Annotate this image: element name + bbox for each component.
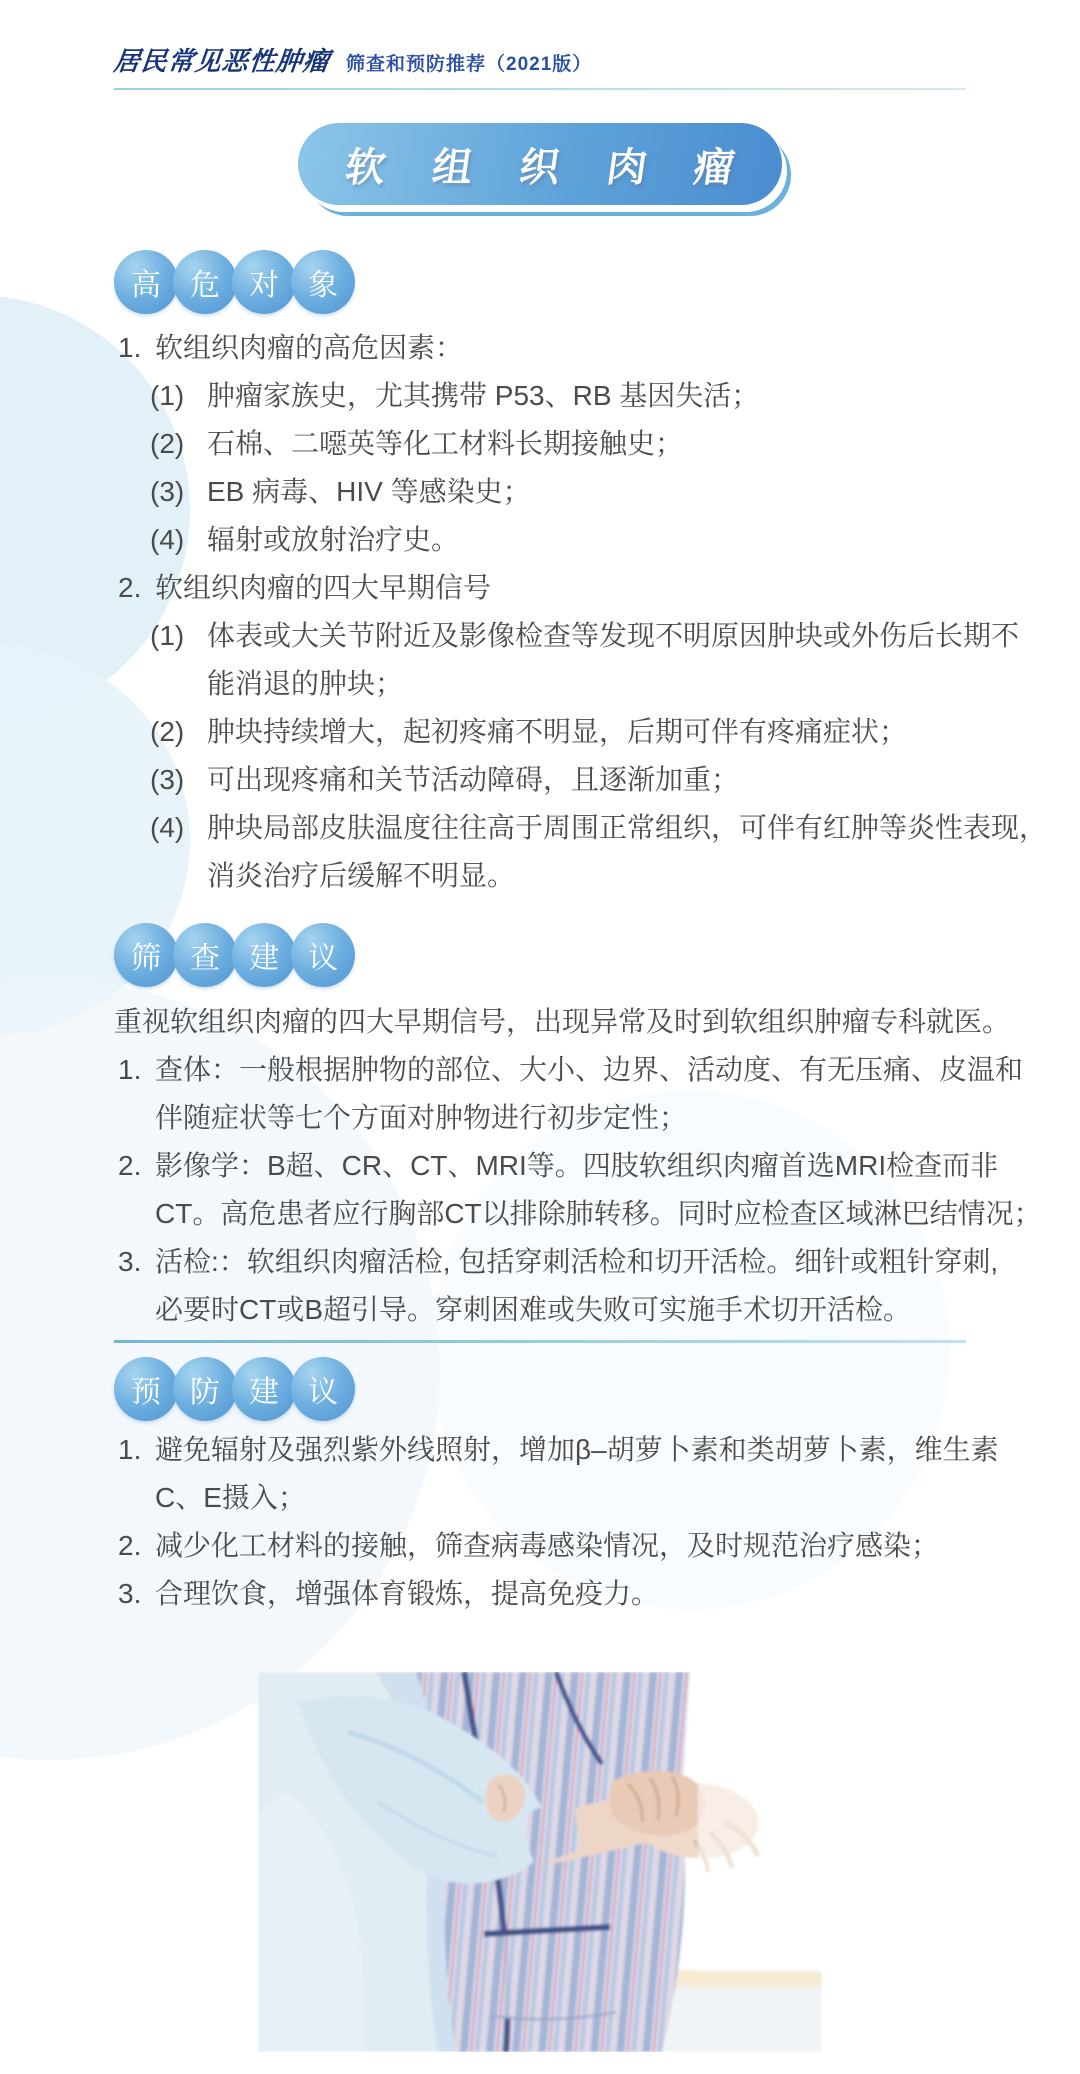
list-line: (1)体表或大关节附近及影像检查等发现不明原因肿块或外伤后长期不 <box>118 612 966 660</box>
list-marker: (1) <box>150 372 184 420</box>
list-marker: (2) <box>150 708 184 756</box>
list-line: C、E摄入； <box>118 1474 966 1522</box>
list-marker: (4) <box>150 516 184 564</box>
badge-circle: 筛 <box>114 923 178 987</box>
list-marker: (4) <box>150 804 184 852</box>
list-line: (2)肿块持续增大，起初疼痛不明显，后期可伴有疼痛症状； <box>118 708 966 756</box>
list-line: 2.减少化工材料的接触，筛查病毒感染情况，及时规范治疗感染； <box>118 1522 966 1570</box>
badge-circle: 高 <box>114 250 178 314</box>
list-line: 2.软组织肉瘤的四大早期信号 <box>118 564 966 612</box>
badge-circle: 象 <box>291 250 355 314</box>
list-line: (2)石棉、二噁英等化工材料长期接触史； <box>118 420 966 468</box>
badge-group-high-risk: 高 危 对 象 <box>114 250 966 314</box>
list-text: 肿瘤家族史，尤其携带 P53、RB 基因失活； <box>207 380 759 411</box>
patient-holding-wrist-photo <box>258 1672 822 2052</box>
list-text: C、E摄入； <box>155 1482 306 1513</box>
page-header: 居民常见恶性肿瘤 筛查和预防推荐（2021版） <box>114 0 966 78</box>
list-line: 伴随症状等七个方面对肿物进行初步定性； <box>118 1094 966 1142</box>
title-banner: 软 组 织 肉 瘤 <box>298 123 782 205</box>
list-line: (4)辐射或放射治疗史。 <box>118 516 966 564</box>
list-line: 必要时CT或B超引导。穿刺困难或失败可实施手术切开活检。 <box>118 1286 966 1334</box>
badge-circle: 危 <box>173 250 237 314</box>
badge-group-prevention: 预 防 建 议 <box>114 1357 966 1421</box>
list-text: 辐射或放射治疗史。 <box>207 524 459 555</box>
list-text: 避免辐射及强烈紫外线照射，增加β–胡萝卜素和类胡萝卜素，维生素 <box>155 1434 999 1465</box>
screening-intro: 重视软组织肉瘤的四大早期信号，出现异常及时到软组织肿瘤专科就医。 <box>114 998 966 1046</box>
brand-title: 居民常见恶性肿瘤 <box>112 44 332 78</box>
list-marker: 1. <box>118 1046 141 1094</box>
list-text: 软组织肉瘤的高危因素： <box>155 332 463 363</box>
list-text: 必要时CT或B超引导。穿刺困难或失败可实施手术切开活检。 <box>155 1294 911 1325</box>
list-text: 影像学：B超、CR、CT、MRI等。四肢软组织肉瘤首选MRI检查而非 <box>155 1150 998 1181</box>
list-text: EB 病毒、HIV 等感染史； <box>207 476 531 507</box>
list-line: 2.影像学：B超、CR、CT、MRI等。四肢软组织肉瘤首选MRI检查而非 <box>118 1142 966 1190</box>
list-line: 能消退的肿块； <box>118 660 966 708</box>
list-line: (3)可出现疼痛和关节活动障碍，且逐渐加重； <box>118 756 966 804</box>
list-marker: 3. <box>118 1238 141 1286</box>
list-prevention: 1.避免辐射及强烈紫外线照射，增加β–胡萝卜素和类胡萝卜素，维生素 C、E摄入；… <box>118 1426 966 1618</box>
badge-circle: 建 <box>232 1357 296 1421</box>
list-line: (1)肿瘤家族史，尤其携带 P53、RB 基因失活； <box>118 372 966 420</box>
photo-highlight <box>698 1672 822 1972</box>
list-text: 能消退的肿块； <box>207 668 403 699</box>
list-text: CT。高危患者应行胸部CT以排除肺转移。同时应检查区域淋巴结情况； <box>155 1198 1042 1229</box>
badge-circle: 议 <box>291 923 355 987</box>
list-text: 软组织肉瘤的四大早期信号 <box>155 572 491 603</box>
list-text: 肿块局部皮肤温度往往高于周围正常组织，可伴有红肿等炎性表现， <box>207 812 1047 843</box>
list-text: 合理饮食，增强体育锻炼，提高免疫力。 <box>155 1578 659 1609</box>
list-marker: 1. <box>118 1426 141 1474</box>
badge-circle: 建 <box>232 923 296 987</box>
list-marker: 2. <box>118 564 141 612</box>
list-line: (4)肿块局部皮肤温度往往高于周围正常组织，可伴有红肿等炎性表现， <box>118 804 966 852</box>
list-text: 活检:：软组织肉瘤活检, 包括穿刺活检和切开活检。细针或粗针穿刺, <box>155 1246 998 1277</box>
badge-circle: 议 <box>291 1357 355 1421</box>
list-text: 伴随症状等七个方面对肿物进行初步定性； <box>155 1102 687 1133</box>
list-line: 1.查体：一般根据肿物的部位、大小、边界、活动度、有无压痛、皮温和 <box>118 1046 966 1094</box>
list-text: 可出现疼痛和关节活动障碍，且逐渐加重； <box>207 764 739 795</box>
list-line: (3)EB 病毒、HIV 等感染史； <box>118 468 966 516</box>
list-text: 石棉、二噁英等化工材料长期接触史； <box>207 428 683 459</box>
list-line: CT。高危患者应行胸部CT以排除肺转移。同时应检查区域淋巴结情况； <box>118 1190 966 1238</box>
list-line: 1.软组织肉瘤的高危因素： <box>118 324 966 372</box>
list-marker: 2. <box>118 1142 141 1190</box>
header-divider <box>114 88 966 90</box>
photo-figure <box>258 1672 822 2052</box>
badge-group-screening: 筛 查 建 议 <box>114 923 966 987</box>
list-line: 3.活检:：软组织肉瘤活检, 包括穿刺活检和切开活检。细针或粗针穿刺, <box>118 1238 966 1286</box>
list-text: 体表或大关节附近及影像检查等发现不明原因肿块或外伤后长期不 <box>207 620 1019 651</box>
header-subtitle: 筛查和预防推荐（2021版） <box>346 49 592 76</box>
page-root: 居民常见恶性肿瘤 筛查和预防推荐（2021版） 软 组 织 肉 瘤 高 危 对 … <box>0 0 1080 2052</box>
section-divider <box>114 1340 966 1343</box>
list-text: 查体：一般根据肿物的部位、大小、边界、活动度、有无压痛、皮温和 <box>155 1054 1023 1085</box>
badge-circle: 对 <box>232 250 296 314</box>
list-marker: 1. <box>118 324 141 372</box>
list-line: 1.避免辐射及强烈紫外线照射，增加β–胡萝卜素和类胡萝卜素，维生素 <box>118 1426 966 1474</box>
list-marker: (1) <box>150 612 184 660</box>
list-line: 消炎治疗后缓解不明显。 <box>118 852 966 900</box>
list-line: 3.合理饮食，增强体育锻炼，提高免疫力。 <box>118 1570 966 1618</box>
badge-circle: 预 <box>114 1357 178 1421</box>
list-text: 肿块持续增大，起初疼痛不明显，后期可伴有疼痛症状； <box>207 716 907 747</box>
list-marker: (3) <box>150 468 184 516</box>
list-marker: (2) <box>150 420 184 468</box>
list-text: 消炎治疗后缓解不明显。 <box>207 860 515 891</box>
badge-circle: 查 <box>173 923 237 987</box>
list-marker: 2. <box>118 1522 141 1570</box>
list-marker: 3. <box>118 1570 141 1618</box>
badge-circle: 防 <box>173 1357 237 1421</box>
list-marker: (3) <box>150 756 184 804</box>
list-screening: 1.查体：一般根据肿物的部位、大小、边界、活动度、有无压痛、皮温和 伴随症状等七… <box>118 1046 966 1334</box>
banner-title: 软 组 织 肉 瘤 <box>324 136 756 193</box>
list-high-risk: 1.软组织肉瘤的高危因素： (1)肿瘤家族史，尤其携带 P53、RB 基因失活；… <box>118 324 966 900</box>
list-text: 减少化工材料的接触，筛查病毒感染情况，及时规范治疗感染； <box>155 1530 939 1561</box>
